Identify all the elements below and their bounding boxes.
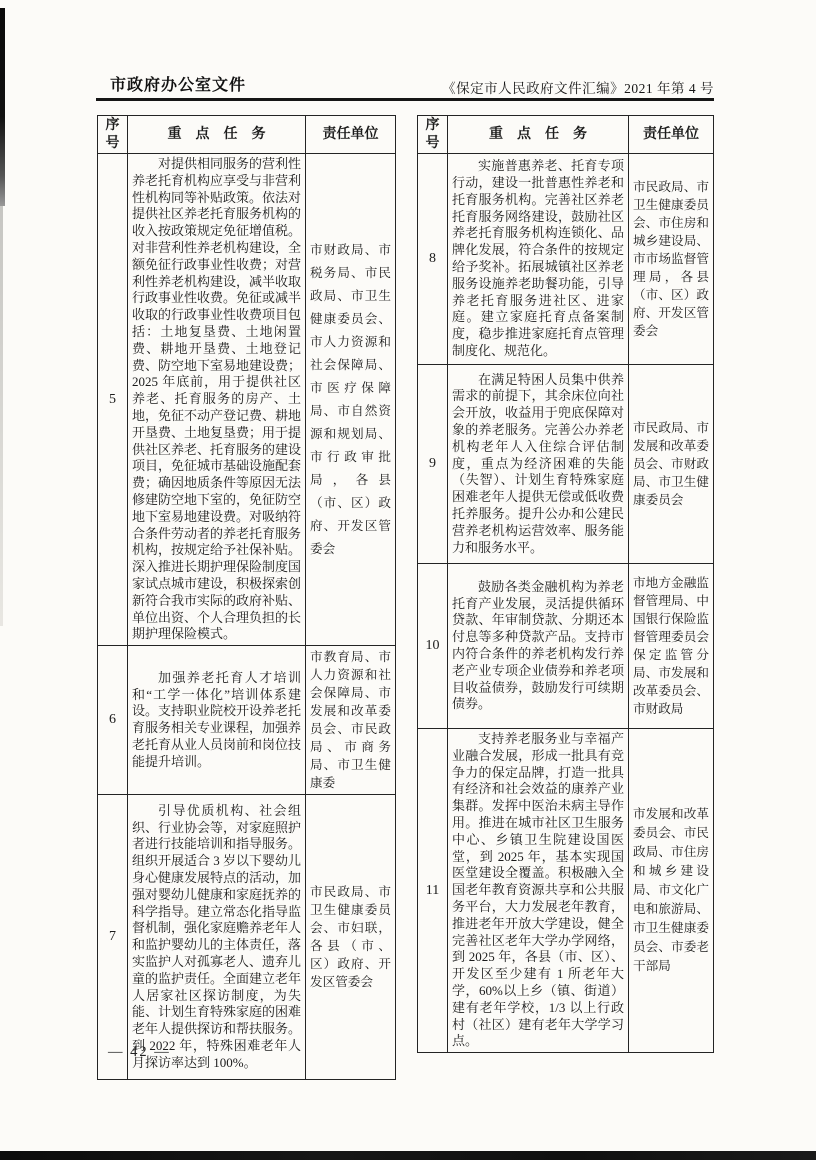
scan-artifact-bottom-bar: [0, 1151, 816, 1160]
unit-cell: 市民政局、市发展和改革委员会、市财政局、市卫生健康委员会: [629, 365, 714, 564]
row-number: 9: [418, 365, 448, 564]
col-header-number: 序号: [418, 116, 448, 154]
table-header-row: 序号 重 点 任 务 责任单位: [418, 116, 714, 154]
task-text: 加强养老托育人才培训和“工学一体化”培训体系建设。支持职业院校开设养老托育服务相…: [132, 670, 301, 771]
table-row: 7 引导优质机构、社会组织、行业协会等，对家庭照护者进行技能培训和指导服务。组织…: [98, 795, 396, 1080]
row-number: 6: [98, 646, 128, 795]
task-text: 在满足特困人员集中供养需求的前提下，其余床位向社会开放，收益用于兜底保障对象的养…: [452, 372, 624, 557]
page-number: — 42 —: [108, 1044, 171, 1061]
table-row: 9 在满足特困人员集中供养需求的前提下，其余床位向社会开放，收益用于兜底保障对象…: [418, 365, 714, 564]
unit-cell: 市地方金融监督管理局、中国银行保险监督管理委员会保定监管分局、市发展和改革委员会…: [629, 564, 714, 729]
unit-cell: 市民政局、市卫生健康委员会、市妇联，各县（市、区）政府、开发区管委会: [306, 795, 396, 1080]
compilation-title: 《保定市人民政府文件汇编》2021 年第 4 号: [442, 77, 714, 97]
left-task-table: 序号 重 点 任 务 责任单位 5 对提供相同服务的营利性养老托育机构应享受与非…: [97, 115, 396, 1080]
col-header-task: 重 点 任 务: [448, 116, 629, 154]
col-header-unit: 责任单位: [306, 116, 396, 154]
col-header-task: 重 点 任 务: [128, 116, 306, 154]
scan-artifact-left-bar: [0, 8, 5, 206]
task-text: 引导优质机构、社会组织、行业协会等，对家庭照护者进行技能培训和指导服务。组织开展…: [132, 803, 301, 1072]
row-number: 8: [418, 154, 448, 365]
scan-artifact-left-streak: [0, 206, 3, 626]
table-header-row: 序号 重 点 任 务 责任单位: [98, 116, 396, 154]
header-divider: [96, 98, 714, 101]
col-header-unit: 责任单位: [629, 116, 714, 154]
task-text: 鼓励各类金融机构为养老托育产业发展，灵活提供循环贷款、年审制贷款、分期还本付息等…: [452, 579, 624, 713]
task-text: 对提供相同服务的营利性养老托育机构应享受与非营利性机构同等补贴政策。依法对提供社…: [132, 156, 301, 643]
table-row: 10 鼓励各类金融机构为养老托育产业发展，灵活提供循环贷款、年审制贷款、分期还本…: [418, 564, 714, 729]
unit-cell: 市财政局、市税务局、市民政局、市卫生健康委员会、市人力资源和社会保障局、市医疗保…: [306, 154, 396, 646]
task-cell: 支持养老服务业与幸福产业融合发展，形成一批具有竞争力的保定品牌，打造一批具有经济…: [448, 729, 629, 1053]
task-cell: 对提供相同服务的营利性养老托育机构应享受与非营利性机构同等补贴政策。依法对提供社…: [128, 154, 306, 646]
task-cell: 引导优质机构、社会组织、行业协会等，对家庭照护者进行技能培训和指导服务。组织开展…: [128, 795, 306, 1080]
task-cell: 鼓励各类金融机构为养老托育产业发展，灵活提供循环贷款、年审制贷款、分期还本付息等…: [448, 564, 629, 729]
table-row: 8 实施普惠养老、托育专项行动，建设一批普惠性养老和托育服务机构。完善社区养老托…: [418, 154, 714, 365]
row-number: 11: [418, 729, 448, 1053]
task-text: 支持养老服务业与幸福产业融合发展，形成一批具有竞争力的保定品牌，打造一批具有经济…: [452, 731, 624, 1050]
row-number: 5: [98, 154, 128, 646]
unit-cell: 市民政局、市卫生健康委员会、市住房和城乡建设局、市市场监督管理局，各县（市、区）…: [629, 154, 714, 365]
right-task-table: 序号 重 点 任 务 责任单位 8 实施普惠养老、托育专项行动，建设一批普惠性养…: [417, 115, 714, 1053]
table-row: 5 对提供相同服务的营利性养老托育机构应享受与非营利性机构同等补贴政策。依法对提…: [98, 154, 396, 646]
table-row: 6 加强养老托育人才培训和“工学一体化”培训体系建设。支持职业院校开设养老托育服…: [98, 646, 396, 795]
table-row: 11 支持养老服务业与幸福产业融合发展，形成一批具有竞争力的保定品牌，打造一批具…: [418, 729, 714, 1053]
row-number: 7: [98, 795, 128, 1080]
task-cell: 实施普惠养老、托育专项行动，建设一批普惠性养老和托育服务机构。完善社区养老托育服…: [448, 154, 629, 365]
row-number: 10: [418, 564, 448, 729]
task-text: 实施普惠养老、托育专项行动，建设一批普惠性养老和托育服务机构。完善社区养老托育服…: [452, 158, 624, 360]
task-cell: 加强养老托育人才培训和“工学一体化”培训体系建设。支持职业院校开设养老托育服务相…: [128, 646, 306, 795]
col-header-number: 序号: [98, 116, 128, 154]
task-cell: 在满足特困人员集中供养需求的前提下，其余床位向社会开放，收益用于兜底保障对象的养…: [448, 365, 629, 564]
unit-cell: 市发展和改革委员会、市民政局、市住房和城乡建设局、市文化广电和旅游局、市卫生健康…: [629, 729, 714, 1053]
document-category-label: 市政府办公室文件: [110, 72, 246, 95]
unit-cell: 市教育局、市人力资源和社会保障局、市发展和改革委员会、市民政局、市商务局、市卫生…: [306, 646, 396, 795]
